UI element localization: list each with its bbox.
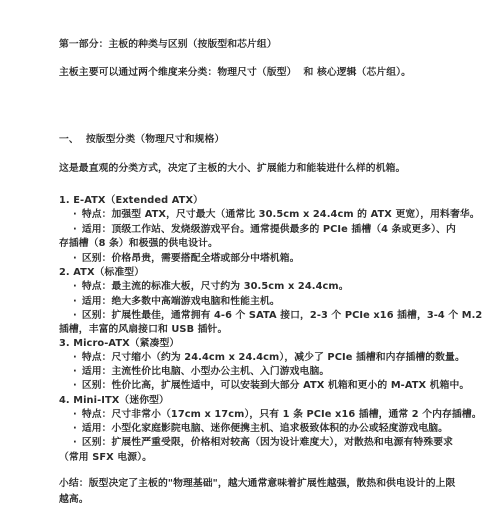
- bullet-line: ·适用：顶级工作站、发烧级游戏平台。通常提供最多的 PCIe 插槽（4 条或更多…: [73, 221, 456, 235]
- list-item-heading-mini-itx: 4. Mini-ITX（迷你型）: [59, 392, 169, 406]
- bullet-icon: ·: [73, 423, 77, 434]
- bullet-text: 区别：性价比高，扩展性适中，可以安装到大部分 ATX 机箱和更小的 M-ATX …: [82, 380, 469, 391]
- document-page: 第一部分：主板的种类与区别（按版型和芯片组） 主板主要可以通过两个维度来分类：物…: [0, 0, 500, 517]
- bullet-line: ·特点：最主流的标准大板，尺寸约为 30.5cm x 24.4cm。: [73, 278, 349, 292]
- bullet-icon: ·: [73, 409, 77, 420]
- bullet-icon: ·: [73, 253, 77, 264]
- bullet-line: ·适用：小型化家庭影院电脑、迷你便携主机、追求极致体积的办公或轻度游戏电脑。: [73, 420, 448, 434]
- bullet-text: 区别：扩展性最佳，通常拥有 4-6 个 SATA 接口，2-3 个 PCIe x…: [82, 310, 483, 321]
- bullet-text: 区别：价格昂贵，需要搭配全塔或部分中塔机箱。: [82, 253, 300, 264]
- bullet-text: 区别：扩展性严重受限，价格相对较高（因为设计难度大），对散热和电源有特殊要求: [82, 437, 453, 448]
- bullet-text: 特点：最主流的标准大板，尺寸约为 30.5cm x 24.4cm。: [82, 281, 349, 292]
- bullet-line: ·适用：主流性价比电脑、小型办公主机、入门游戏电脑。: [73, 363, 329, 377]
- bullet-text: 特点：尺寸缩小（约为 24.4cm x 24.4cm），减少了 PCIe 插槽和…: [82, 352, 465, 363]
- summary-line: 越高。: [59, 491, 89, 505]
- bullet-icon: ·: [73, 310, 77, 321]
- bullet-icon: ·: [73, 352, 77, 363]
- wrapped-line: （常用 SFX 电源）。: [59, 449, 152, 463]
- wrapped-line: 插槽，丰富的风扇接口和 USB 插针。: [59, 321, 227, 335]
- bullet-text: 特点：尺寸非常小（17cm x 17cm），只有 1 条 PCIe x16 插槽…: [82, 409, 482, 420]
- bullet-line: ·区别：性价比高，扩展性适中，可以安装到大部分 ATX 机箱和更小的 M-ATX…: [73, 377, 469, 391]
- bullet-line: ·区别：扩展性最佳，通常拥有 4-6 个 SATA 接口，2-3 个 PCIe …: [73, 307, 482, 321]
- section-heading: 一、 按版型分类（物理尺寸和规格）: [59, 131, 224, 145]
- bullet-line: ·特点：尺寸非常小（17cm x 17cm），只有 1 条 PCIe x16 插…: [73, 406, 482, 420]
- bullet-icon: ·: [73, 224, 77, 235]
- bullet-line: ·区别：价格昂贵，需要搭配全塔或部分中塔机箱。: [73, 250, 300, 264]
- bullet-text: 适用：绝大多数中高端游戏电脑和性能主机。: [82, 296, 280, 307]
- bullet-line: ·区别：扩展性严重受限，价格相对较高（因为设计难度大），对散热和电源有特殊要求: [73, 434, 453, 448]
- list-item-heading-eatx: 1. E-ATX（Extended ATX）: [59, 192, 203, 206]
- bullet-icon: ·: [73, 281, 77, 292]
- part-title: 第一部分：主板的种类与区别（按版型和芯片组）: [59, 36, 277, 50]
- bullet-text: 特点：加强型 ATX，尺寸最大（通常比 30.5cm x 24.4cm 的 AT…: [82, 209, 480, 220]
- bullet-line: ·适用：绝大多数中高端游戏电脑和性能主机。: [73, 293, 280, 307]
- intro-paragraph: 主板主要可以通过两个维度来分类：物理尺寸（版型） 和 核心逻辑（芯片组）。: [59, 64, 411, 78]
- bullet-line: ·特点：加强型 ATX，尺寸最大（通常比 30.5cm x 24.4cm 的 A…: [73, 206, 480, 220]
- bullet-icon: ·: [73, 209, 77, 220]
- bullet-icon: ·: [73, 380, 77, 391]
- summary-line: 小结：版型决定了主板的"物理基础"，越大通常意味着扩展性越强，散热和供电设计的上…: [59, 475, 455, 489]
- wrapped-line: 存插槽（8 条）和极强的供电设计。: [59, 235, 218, 249]
- list-item-heading-micro-atx: 3. Micro-ATX（紧凑型）: [59, 335, 179, 349]
- bullet-text: 适用：主流性价比电脑、小型办公主机、入门游戏电脑。: [82, 366, 329, 377]
- bullet-icon: ·: [73, 366, 77, 377]
- section-lead: 这是最直观的分类方式，决定了主板的大小、扩展能力和能装进什么样的机箱。: [59, 160, 405, 174]
- bullet-icon: ·: [73, 437, 77, 448]
- bullet-icon: ·: [73, 296, 77, 307]
- list-item-heading-atx: 2. ATX（标准型）: [59, 264, 144, 278]
- bullet-text: 适用：小型化家庭影院电脑、迷你便携主机、追求极致体积的办公或轻度游戏电脑。: [82, 423, 448, 434]
- bullet-text: 适用：顶级工作站、发烧级游戏平台。通常提供最多的 PCIe 插槽（4 条或更多）…: [82, 224, 456, 235]
- bullet-line: ·特点：尺寸缩小（约为 24.4cm x 24.4cm），减少了 PCIe 插槽…: [73, 349, 465, 363]
